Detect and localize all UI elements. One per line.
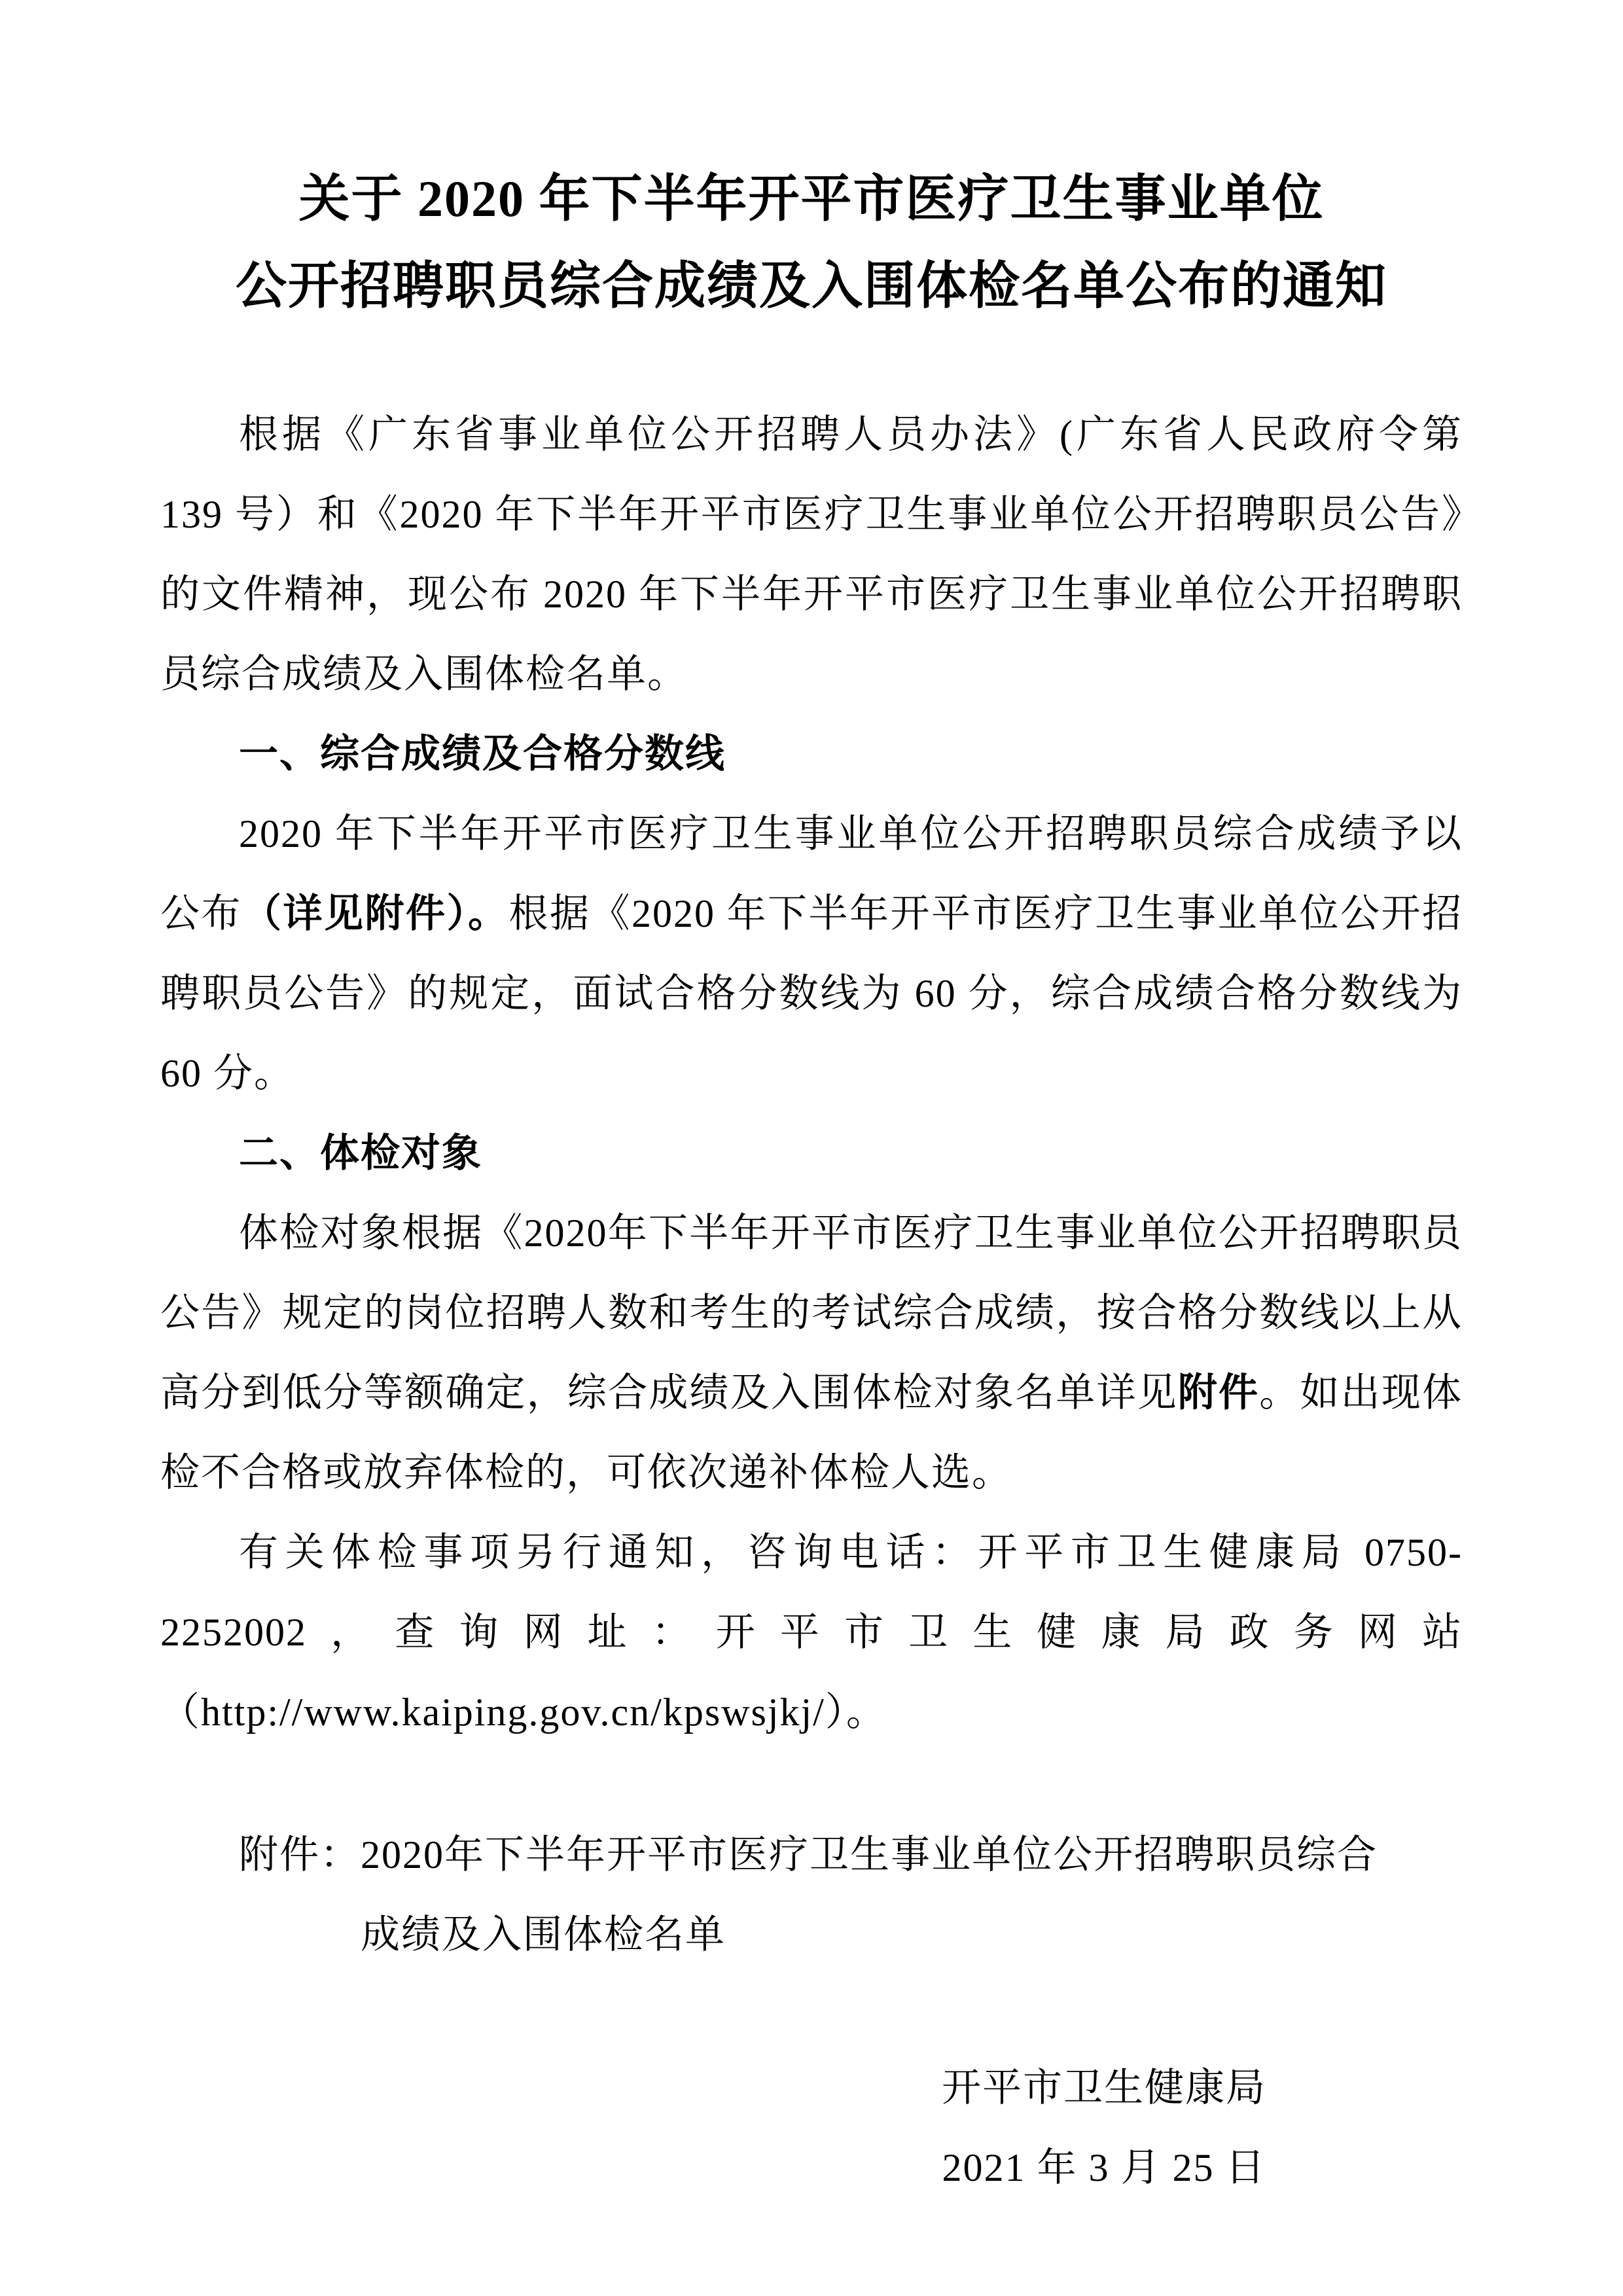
attachment-note: 附件： 2020年下半年开平市医疗卫生事业单位公开招聘职员综合成绩及入围体检名单 — [239, 1815, 1463, 1975]
signature-block: 开平市卫生健康局 2021 年 3 月 25 日 — [942, 2048, 1266, 2208]
scores-see-attachment-bold: （详见附件）。 — [242, 891, 509, 935]
contact-paragraph: 有关体检事项另行通知，咨询电话：开平市卫生健康局 0750-2252002，查询… — [160, 1513, 1463, 1752]
examinees-attachment-bold: 附件 — [1178, 1371, 1259, 1414]
document-title: 关于 2020 年下半年开平市医疗卫生事业单位 公开招聘职员综合成绩及入围体检名… — [160, 156, 1463, 329]
title-line-1: 关于 2020 年下半年开平市医疗卫生事业单位 — [160, 156, 1463, 243]
issue-date: 2021 年 3 月 25 日 — [942, 2128, 1266, 2208]
title-line-2: 公开招聘职员综合成绩及入围体检名单公布的通知 — [160, 243, 1463, 330]
document-page: 关于 2020 年下半年开平市医疗卫生事业单位 公开招聘职员综合成绩及入围体检名… — [0, 0, 1623, 2296]
attachment-title: 2020年下半年开平市医疗卫生事业单位公开招聘职员综合成绩及入围体检名单 — [361, 1815, 1382, 1975]
scores-paragraph: 2020 年下半年开平市医疗卫生事业单位公开招聘职员综合成绩予以公布（详见附件）… — [160, 794, 1463, 1113]
attachment-label: 附件： — [239, 1815, 361, 1975]
intro-paragraph: 根据《广东省事业单位公开招聘人员办法》(广东省人民政府令第 139 号）和《20… — [160, 395, 1463, 714]
examinees-paragraph: 体检对象根据《2020年下半年开平市医疗卫生事业单位公开招聘职员公告》规定的岗位… — [160, 1193, 1463, 1513]
section-heading-scores: 一、综合成绩及合格分数线 — [160, 714, 1463, 794]
issuing-org: 开平市卫生健康局 — [942, 2048, 1266, 2128]
section-heading-examinees: 二、体检对象 — [160, 1113, 1463, 1193]
